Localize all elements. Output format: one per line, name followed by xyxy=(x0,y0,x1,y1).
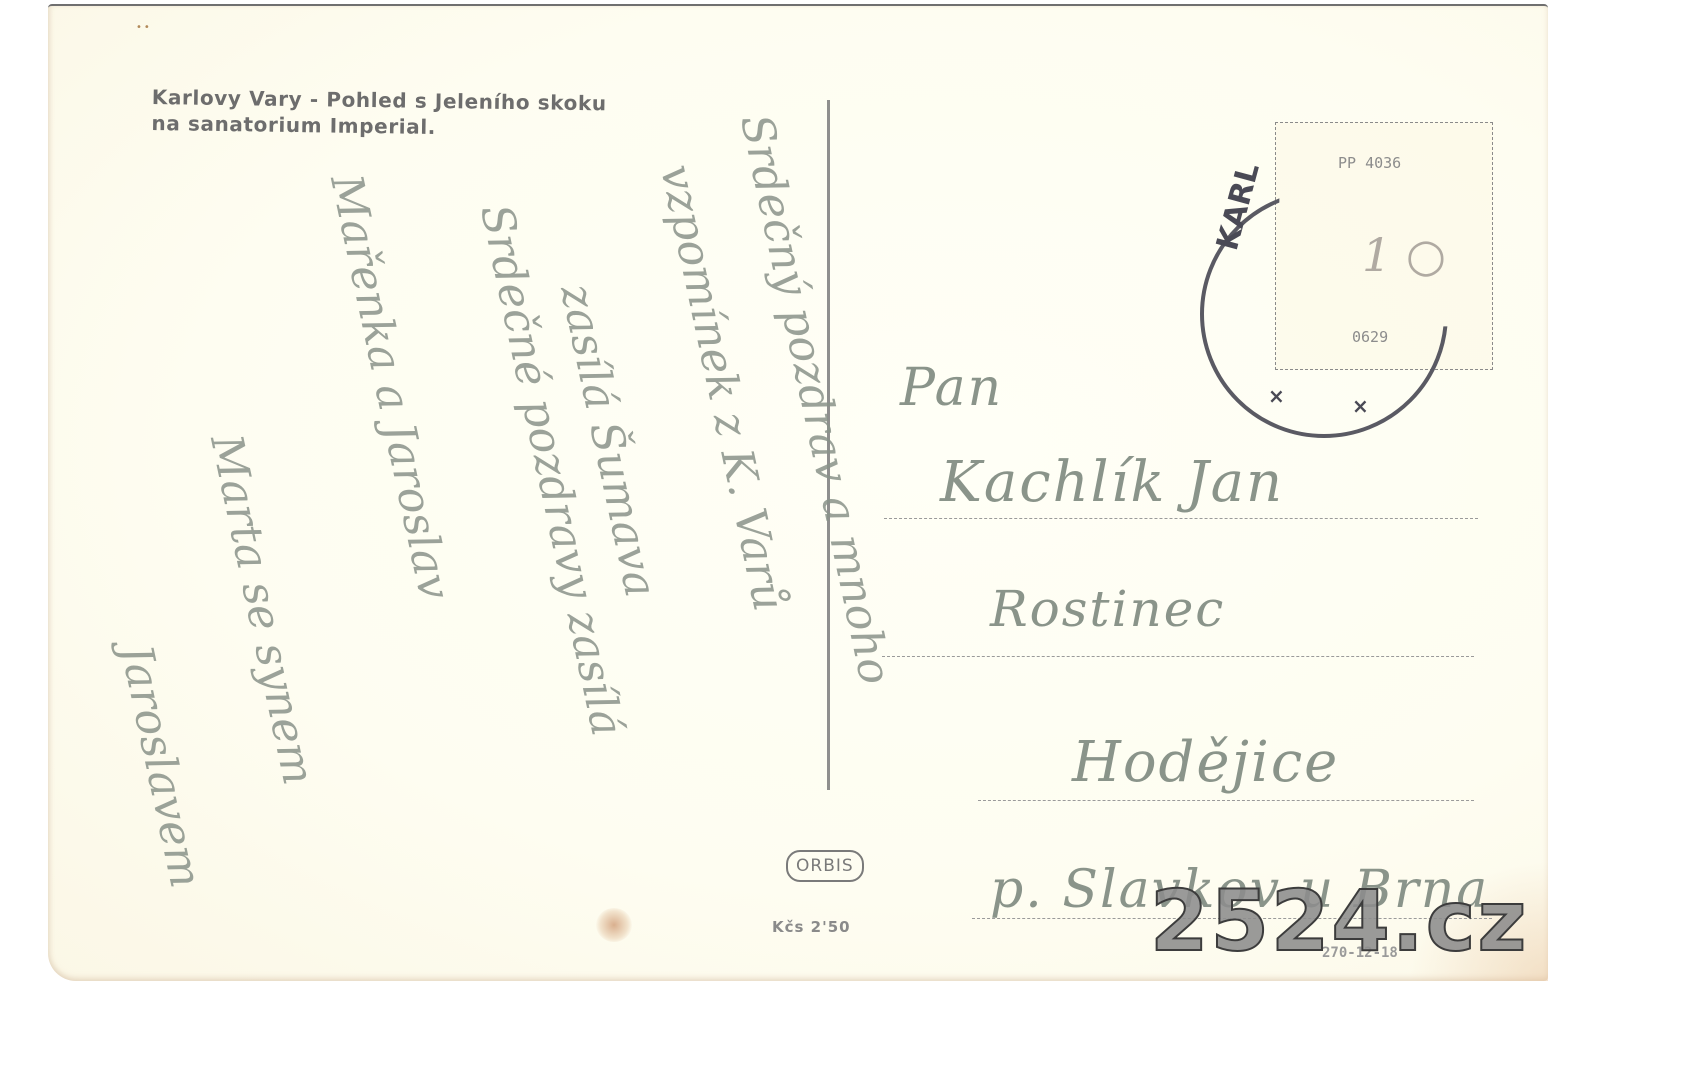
address-line2: Rostinec xyxy=(990,580,1225,638)
postmark-cross: × xyxy=(1268,384,1285,408)
stamp-code: PP 4036 xyxy=(1338,154,1401,172)
postcard-caption: Karlovy Vary - Pohled s Jeleního skoku n… xyxy=(151,84,607,142)
stamp-pencil-mark: 1 ○ xyxy=(1362,228,1446,282)
watermark: 2524.cz xyxy=(1150,872,1528,970)
address-line-1 xyxy=(884,518,1478,519)
price-label: Kčs 2'50 xyxy=(772,918,851,936)
postmark-cross: × xyxy=(1352,394,1369,418)
stain-spot xyxy=(596,908,632,942)
address-name: Kachlík Jan xyxy=(940,450,1284,515)
address-line-3 xyxy=(978,800,1474,801)
address-salutation: Pan xyxy=(900,358,1003,418)
publisher-logo: ORBIS xyxy=(786,850,864,882)
ink-dots: •• xyxy=(136,22,152,33)
address-line-2 xyxy=(882,656,1474,657)
address-town: Hodějice xyxy=(1072,730,1339,795)
background-margin xyxy=(1548,0,1687,1083)
